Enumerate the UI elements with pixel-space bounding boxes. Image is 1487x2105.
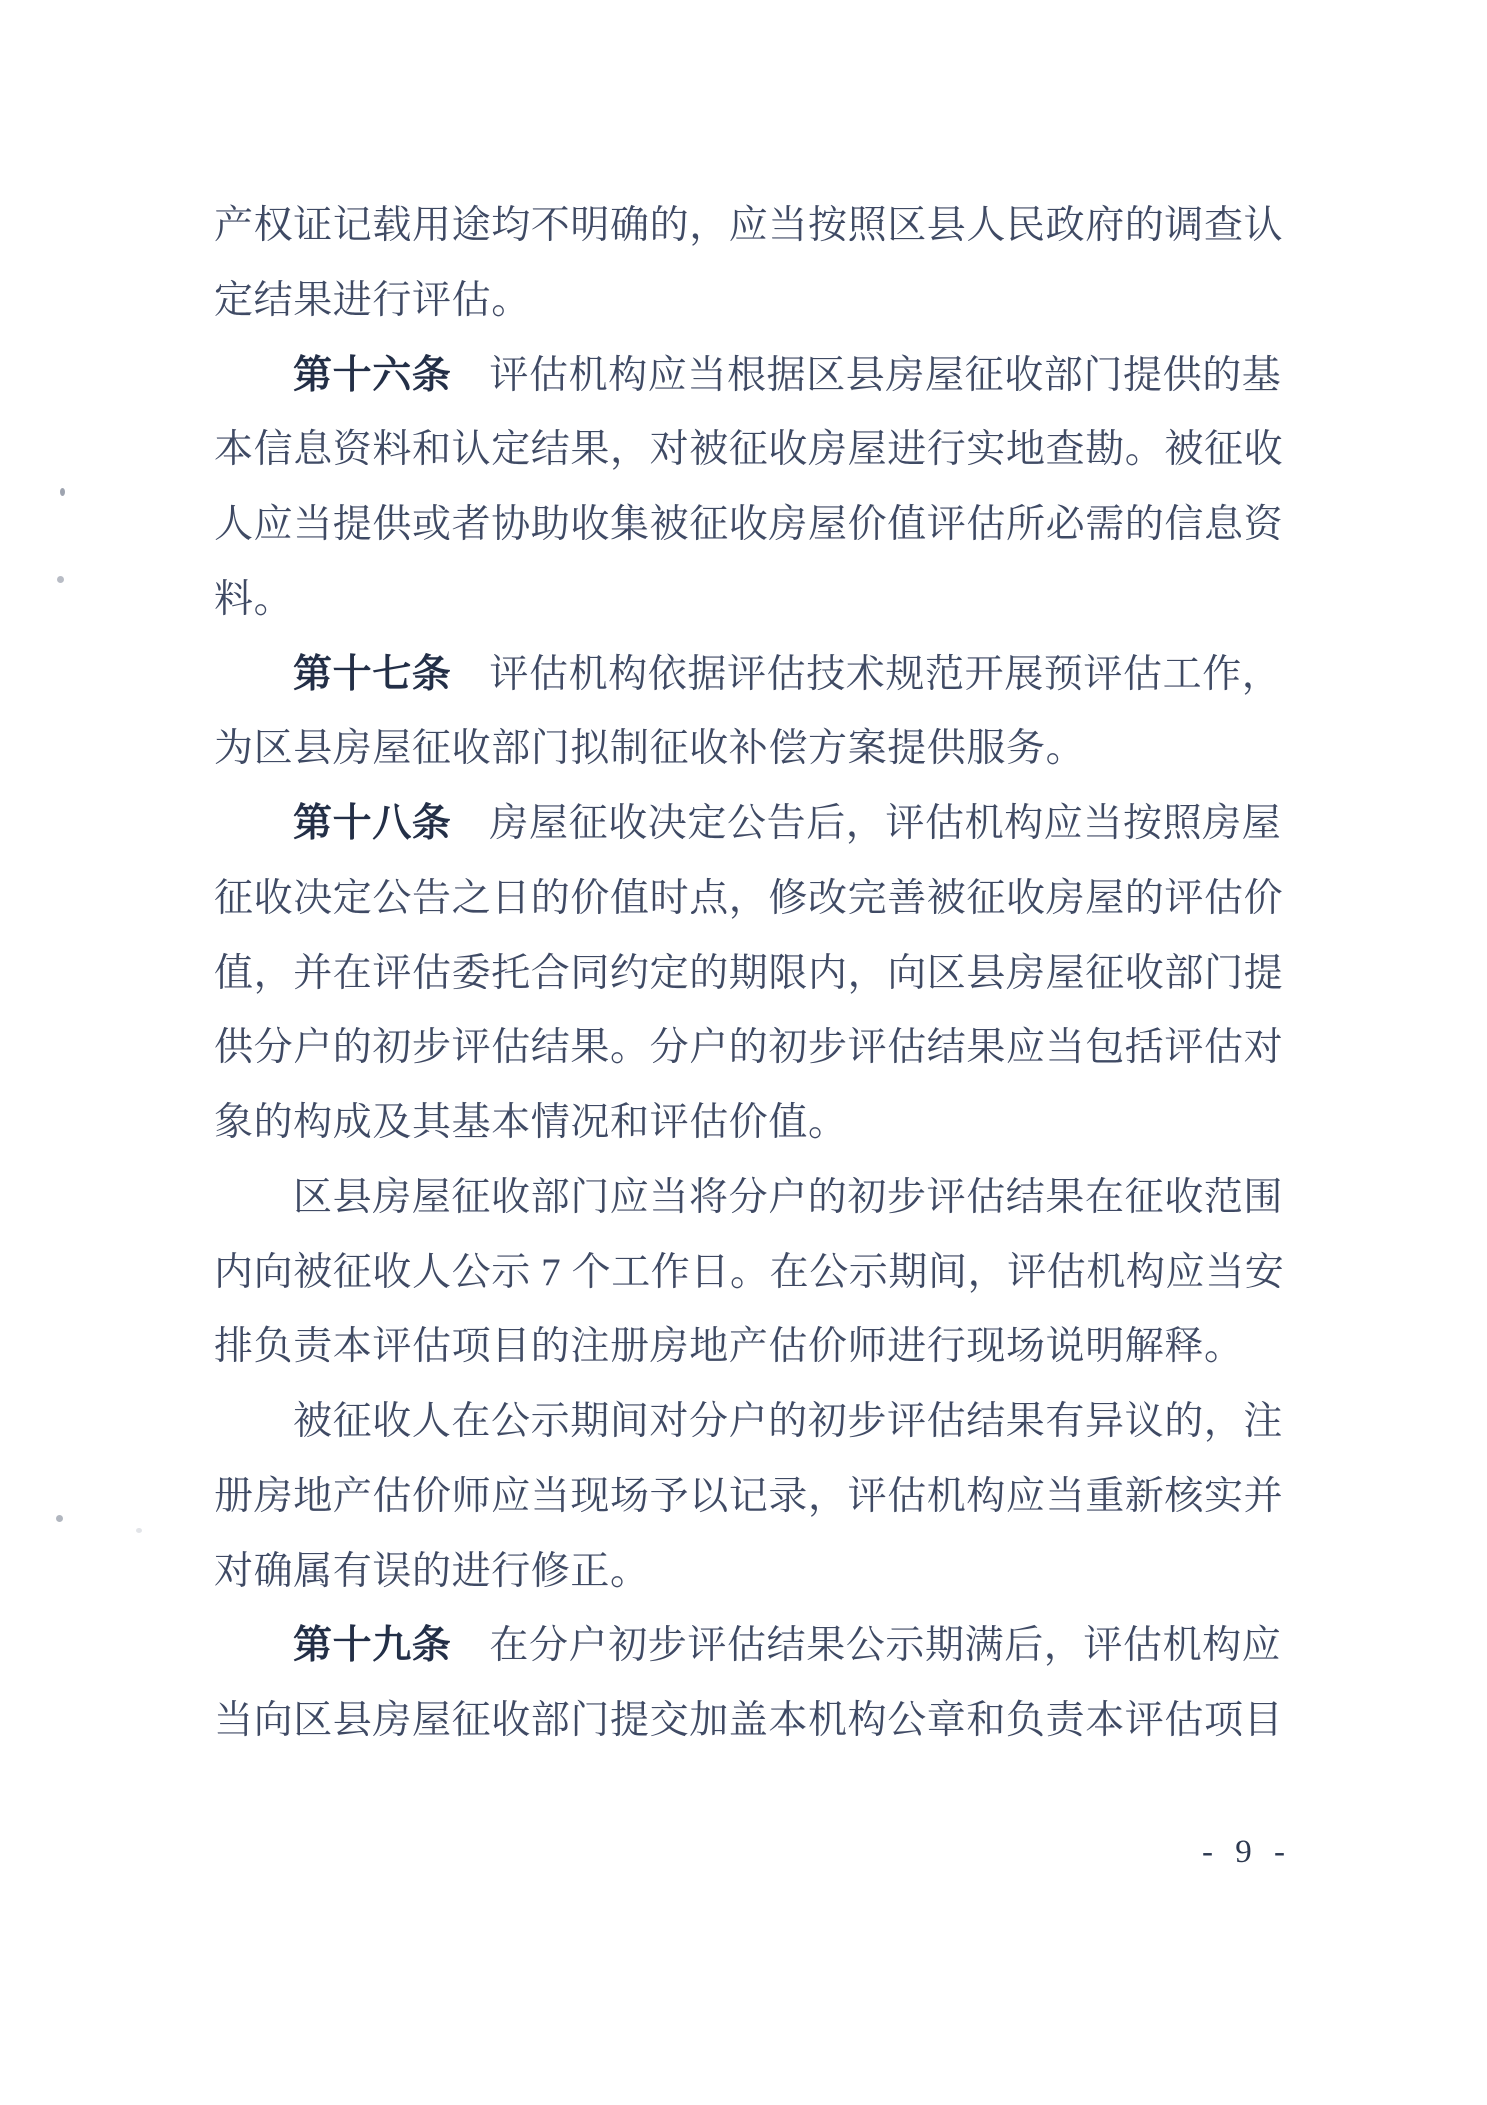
document-page: 产权证记载用途均不明确的，应当按照区县人民政府的调查认定结果进行评估。第十六条评… bbox=[0, 0, 1487, 2105]
article-number: 第十九条 bbox=[293, 1624, 451, 1667]
body-text: 产权证记载用途均不明确的，应当按照区县人民政府的调查认定结果进行评估。第十六条评… bbox=[214, 189, 1294, 1759]
text-line: 排负责本评估项目的注册房地产估价师进行现场说明解释。 bbox=[214, 1310, 1294, 1385]
text-line: 为区县房屋征收部门拟制征收补偿方案提供服务。 bbox=[214, 712, 1294, 787]
scan-speck bbox=[57, 576, 64, 583]
text-line: 第十八条房屋征收决定公告后，评估机构应当按照房屋 bbox=[214, 787, 1294, 862]
text-line: 征收决定公告之日的价值时点，修改完善被征收房屋的评估价 bbox=[214, 862, 1294, 937]
text-line: 内向被征收人公示 7 个工作日。在公示期间，评估机构应当安 bbox=[214, 1236, 1294, 1311]
scan-speck bbox=[56, 1515, 63, 1522]
article-number: 第十七条 bbox=[293, 653, 451, 696]
text-line: 对确属有误的进行修正。 bbox=[214, 1535, 1294, 1610]
scan-speck bbox=[60, 488, 65, 496]
text-line: 产权证记载用途均不明确的，应当按照区县人民政府的调查认 bbox=[214, 189, 1294, 264]
text-line: 当向区县房屋征收部门提交加盖本机构公章和负责本评估项目 bbox=[214, 1684, 1294, 1759]
text-line: 象的构成及其基本情况和评估价值。 bbox=[214, 1086, 1294, 1161]
scan-speck bbox=[136, 1528, 142, 1533]
text-line: 值，并在评估委托合同约定的期限内，向区县房屋征收部门提 bbox=[214, 937, 1294, 1012]
text-line: 第十六条评估机构应当根据区县房屋征收部门提供的基 bbox=[214, 339, 1294, 414]
page-number: - 9 - bbox=[1202, 1834, 1292, 1871]
text-line: 定结果进行评估。 bbox=[214, 264, 1294, 339]
article-number: 第十八条 bbox=[293, 802, 451, 845]
article-number: 第十六条 bbox=[293, 354, 451, 397]
text-line: 供分户的初步评估结果。分户的初步评估结果应当包括评估对 bbox=[214, 1011, 1294, 1086]
text-line: 区县房屋征收部门应当将分户的初步评估结果在征收范围 bbox=[214, 1161, 1294, 1236]
text-line: 人应当提供或者协助收集被征收房屋价值评估所必需的信息资 bbox=[214, 488, 1294, 563]
text-line: 本信息资料和认定结果，对被征收房屋进行实地查勘。被征收 bbox=[214, 413, 1294, 488]
text-line: 册房地产估价师应当现场予以记录，评估机构应当重新核实并 bbox=[214, 1460, 1294, 1535]
text-line: 料。 bbox=[214, 563, 1294, 638]
text-line: 被征收人在公示期间对分户的初步评估结果有异议的，注 bbox=[214, 1385, 1294, 1460]
text-line: 第十七条评估机构依据评估技术规范开展预评估工作， bbox=[214, 638, 1294, 713]
text-line: 第十九条在分户初步评估结果公示期满后，评估机构应 bbox=[214, 1609, 1294, 1684]
